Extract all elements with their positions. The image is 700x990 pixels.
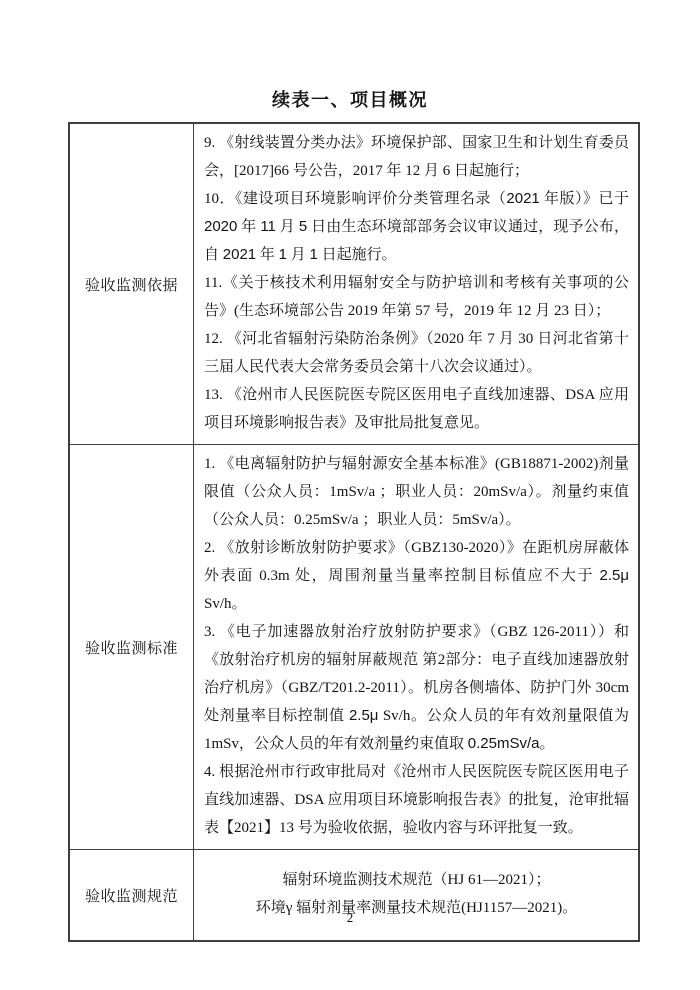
row-content-monitoring-standard: 1. 《电离辐射防护与辐射源安全基本标准》(GB18871-2002)剂量限值（…	[194, 445, 640, 850]
page-title: 续表一、项目概况	[0, 86, 700, 112]
row-label-monitoring-standard: 验收监测标准	[69, 445, 194, 850]
document-page: 续表一、项目概况 验收监测依据 9. 《射线装置分类办法》环境保护部、国家卫生和…	[0, 0, 700, 990]
paragraph: 9. 《射线装置分类办法》环境保护部、国家卫生和计划生育委员会，[2017]66…	[204, 129, 629, 185]
paragraph: 辐射环境监测技术规范（HJ 61—2021）；	[204, 866, 629, 894]
paragraph: 11.《关于核技术利用辐射安全与防护培训和考核有关事项的公告》(生态环境部公告 …	[204, 269, 629, 325]
paragraph: 12. 《河北省辐射污染防治条例》（2020 年 7 月 30 日河北省第十三届…	[204, 325, 629, 381]
row-label-monitoring-spec: 验收监测规范	[69, 850, 194, 942]
paragraph: 10．《建设项目环境影响评价分类管理名录（2021 年版）》已于 2020 年 …	[204, 185, 629, 269]
table-row-monitoring-standard: 验收监测标准 1. 《电离辐射防护与辐射源安全基本标准》(GB18871-200…	[69, 445, 639, 850]
project-overview-table: 验收监测依据 9. 《射线装置分类办法》环境保护部、国家卫生和计划生育委员会，[…	[68, 122, 640, 942]
page-number: 2	[0, 910, 700, 926]
paragraph: 3. 《电子加速器放射治疗放射防护要求》（GBZ 126-2011））和《放射治…	[204, 618, 629, 758]
row-content-monitoring-basis: 9. 《射线装置分类办法》环境保护部、国家卫生和计划生育委员会，[2017]66…	[194, 123, 640, 445]
row-content-monitoring-spec: 辐射环境监测技术规范（HJ 61—2021）；环境γ 辐射剂量率测量技术规范(H…	[194, 850, 640, 942]
paragraph: 2. 《放射诊断放射防护要求》（GBZ130-2020）》在距机房屏蔽体外表面 …	[204, 534, 629, 618]
paragraph: 13. 《沧州市人民医院医专院区医用电子直线加速器、DSA 应用项目环境影响报告…	[204, 381, 629, 437]
paragraph: 1. 《电离辐射防护与辐射源安全基本标准》(GB18871-2002)剂量限值（…	[204, 450, 629, 534]
paragraph: 4. 根据沧州市行政审批局对《沧州市人民医院医专院区医用电子直线加速器、DSA …	[204, 758, 629, 842]
row-label-monitoring-basis: 验收监测依据	[69, 123, 194, 445]
table-row-monitoring-spec: 验收监测规范 辐射环境监测技术规范（HJ 61—2021）；环境γ 辐射剂量率测…	[69, 850, 639, 942]
table-row-monitoring-basis: 验收监测依据 9. 《射线装置分类办法》环境保护部、国家卫生和计划生育委员会，[…	[69, 123, 639, 445]
